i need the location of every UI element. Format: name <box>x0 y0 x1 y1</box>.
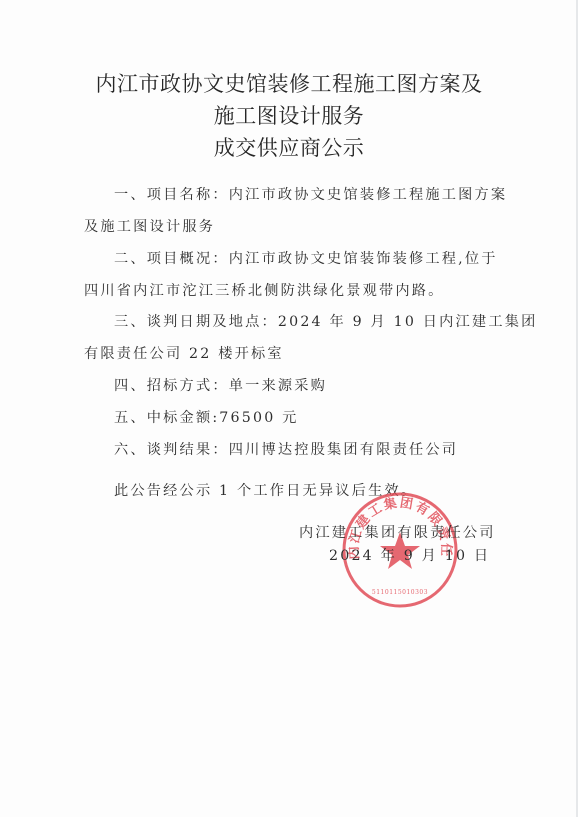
item-6: 六、谈判结果：四川博达控股集团有限责任公司 <box>114 439 458 459</box>
item-3-line-2: 有限责任公司 22 楼开标室 <box>84 343 284 363</box>
item-3-line-1: 三、谈判日期及地点：2024 年 9 月 10 日内江建工集团 <box>114 311 538 331</box>
title-line-1: 内江市政协文史馆装修工程施工图方案及 <box>0 68 578 98</box>
document-page: 内江市政协文史馆装修工程施工图方案及 施工图设计服务 成交供应商公示 一、项目名… <box>0 0 578 817</box>
item-5: 五、中标金额:76500 元 <box>114 407 299 427</box>
item-1-line-1: 一、项目名称：内江市政协文史馆装修工程施工图方案 <box>114 184 507 204</box>
svg-text:5110115010303: 5110115010303 <box>372 589 428 596</box>
item-2-line-1: 二、项目概况：内江市政协文史馆装饰装修工程,位于 <box>114 248 498 268</box>
signature-date: 2024 年 9 月 10 日 <box>329 545 490 565</box>
title-line-3: 成交供应商公示 <box>0 132 578 162</box>
signature-company: 内江建工集团有限责任公司 <box>299 522 496 542</box>
title-line-2: 施工图设计服务 <box>0 100 578 130</box>
item-1-line-2: 及施工图设计服务 <box>84 216 215 236</box>
item-4: 四、招标方式：单一来源采购 <box>114 375 327 395</box>
item-2-line-2: 四川省内江市沱江三桥北侧防洪绿化景观带内路。 <box>84 280 445 300</box>
